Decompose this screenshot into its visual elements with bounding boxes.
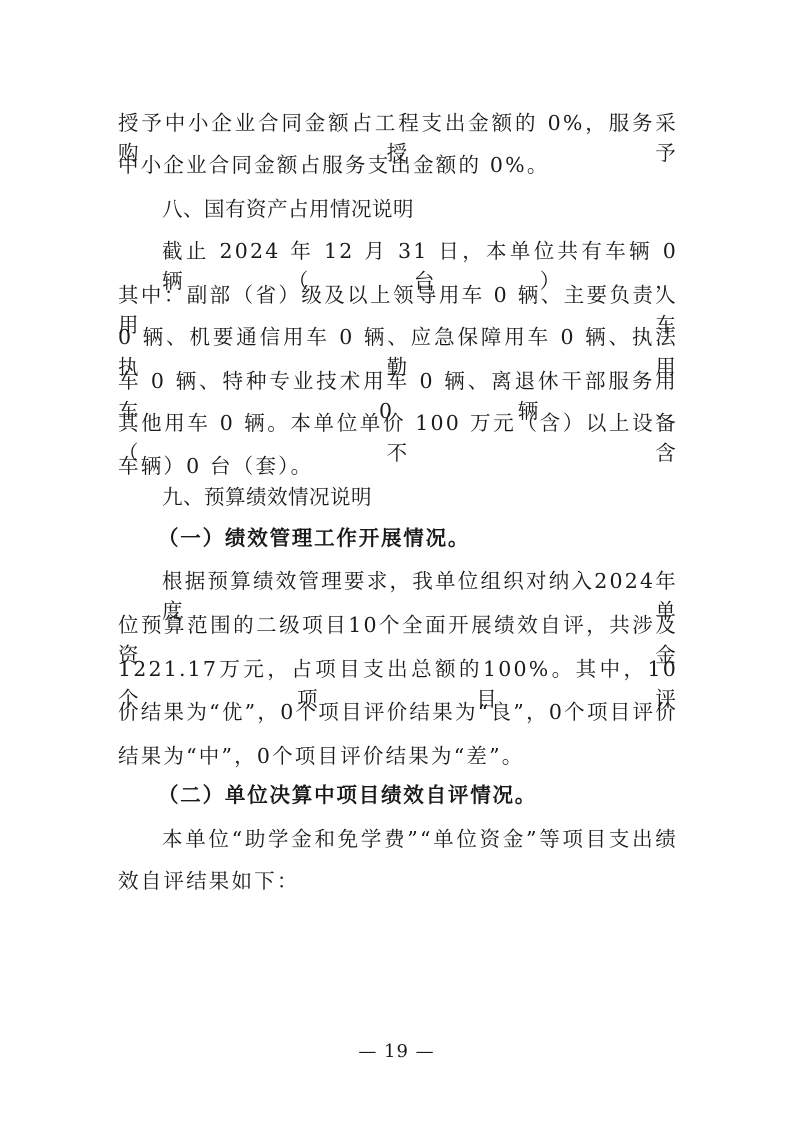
- subsection-heading-performance-management: （一）绩效管理工作开展情况。: [158, 523, 718, 553]
- paragraph-self-evaluation-line-2: 效自评结果如下：: [118, 866, 678, 896]
- paragraph-performance-line-4: 价结果为“优”，0个项目评价结果为“良”，0个项目评价: [118, 697, 678, 727]
- paragraph-performance-line-5: 结果为“中”，0个项目评价结果为“差”。: [118, 741, 678, 771]
- document-page: 授予中小企业合同金额占工程支出金额的 0%，服务采购授予 中小企业合同金额占服务…: [0, 0, 793, 1122]
- paragraph-self-evaluation-line-1: 本单位“助学金和免学费”“单位资金”等项目支出绩: [162, 824, 678, 854]
- section-heading-budget-performance: 九、预算绩效情况说明: [162, 482, 678, 512]
- paragraph-assets-line-6: 车辆）0 台（套）。: [118, 451, 678, 481]
- paragraph-sme-line-2: 中小企业合同金额占服务支出金额的 0%。: [118, 150, 678, 180]
- section-heading-state-assets: 八、国有资产占用情况说明: [162, 194, 678, 224]
- page-number: — 19 —: [0, 1040, 793, 1064]
- subsection-heading-project-self-evaluation: （二）单位决算中项目绩效自评情况。: [158, 780, 718, 810]
